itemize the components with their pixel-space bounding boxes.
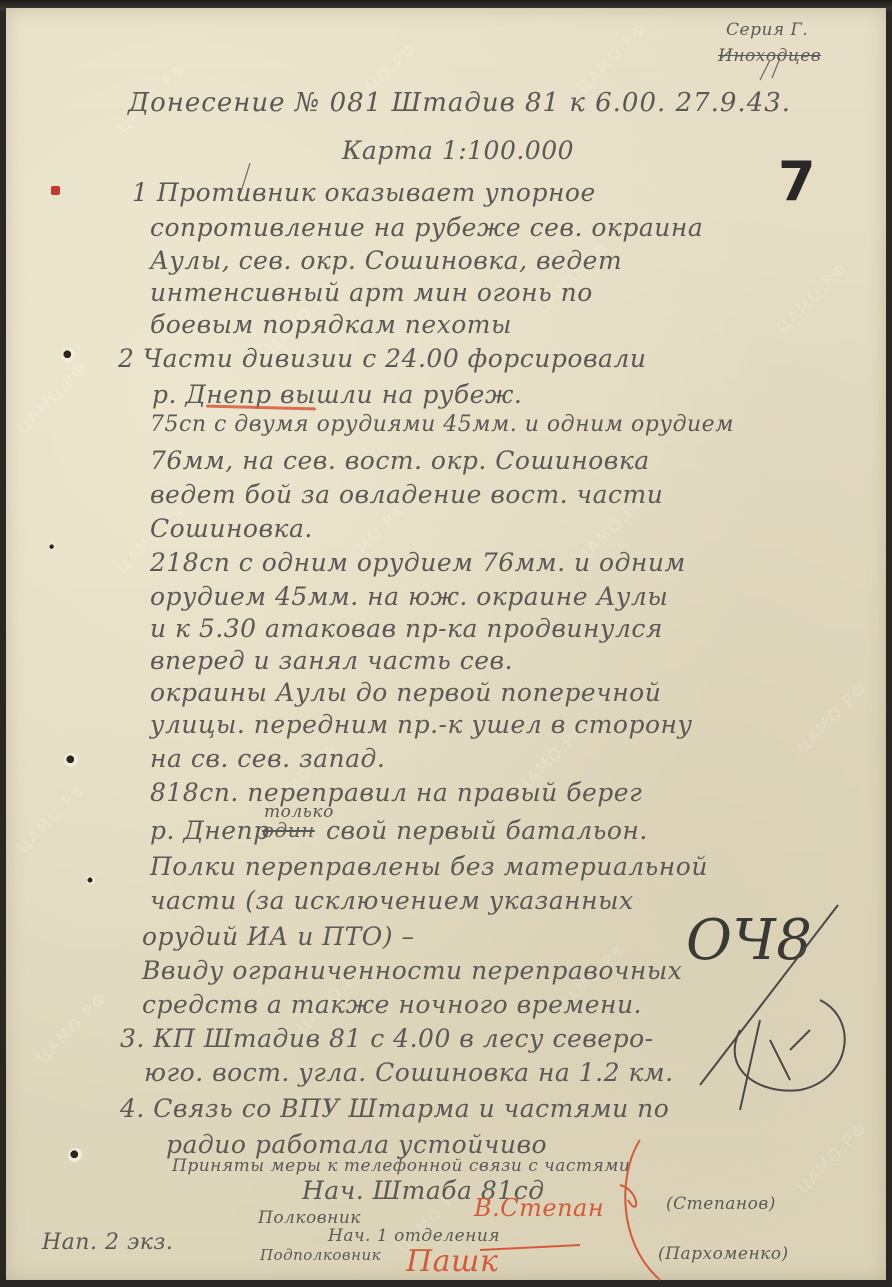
resolution-stroke	[700, 905, 838, 1085]
resolution-scribble	[735, 1000, 845, 1091]
resolution-scribble	[740, 1020, 810, 1110]
pencil-strokes	[0, 0, 892, 1287]
pencil-tick	[240, 163, 250, 195]
red-signature-stroke	[480, 1245, 580, 1250]
pencil-tick	[760, 58, 780, 80]
red-signature-stroke	[620, 1185, 636, 1207]
red-signature-stroke	[625, 1140, 660, 1280]
